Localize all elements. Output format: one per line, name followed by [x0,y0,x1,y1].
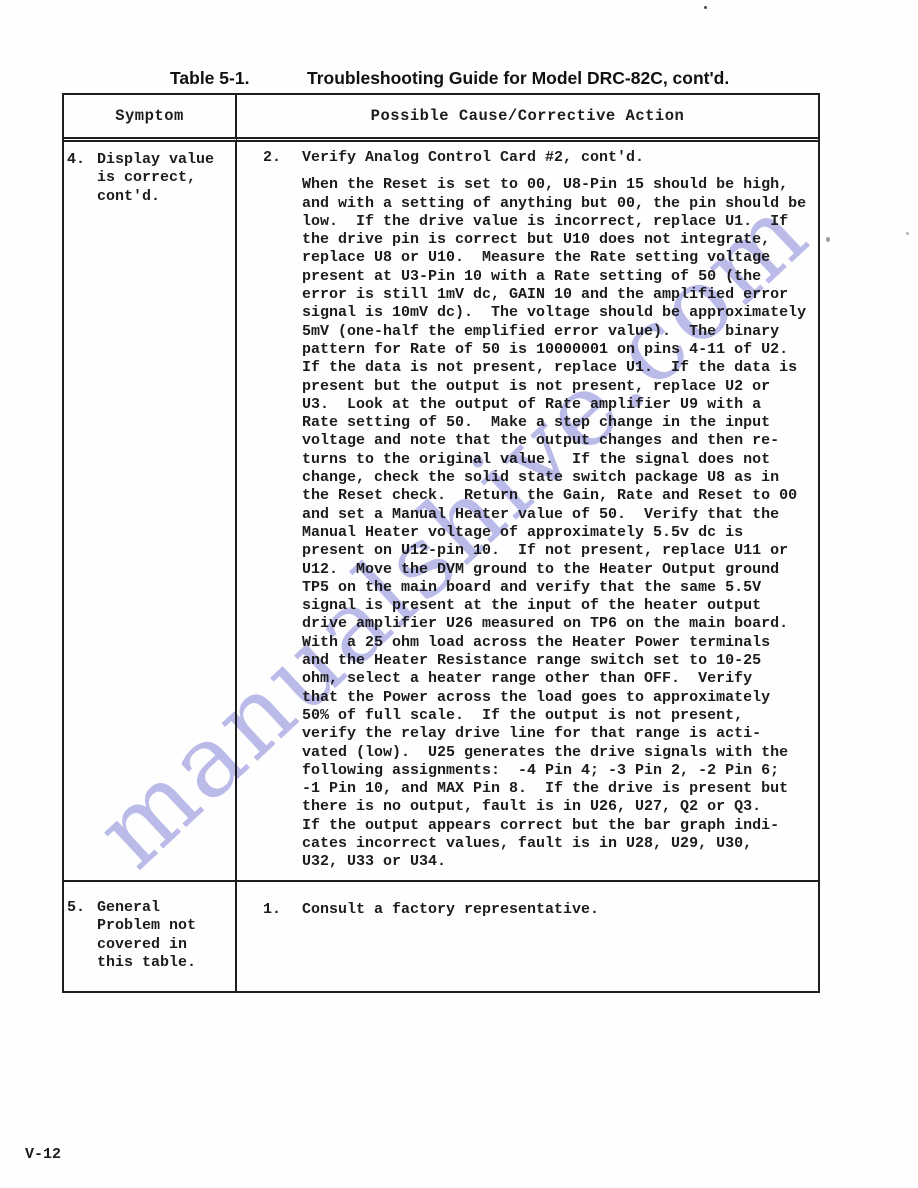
table-caption-label: Table 5-1. [170,68,249,89]
troubleshooting-table: Symptom Possible Cause/Corrective Action… [62,93,820,993]
symptom-text: Display value is correct, cont'd. [97,151,214,206]
action-entry: 2. Verify Analog Control Card #2, cont'd… [237,142,818,872]
action-body-text: When the Reset is set to 00, U8-Pin 15 s… [302,176,814,871]
action-title: Consult a factory representative. [302,901,814,919]
action-number: 2. [263,149,302,872]
action-number: 1. [263,901,302,919]
action-entry: 1. Consult a factory representative. [237,882,818,919]
header-action-label: Possible Cause/Corrective Action [371,107,685,125]
table-caption: Table 5-1. Troubleshooting Guide for Mod… [0,68,918,90]
symptom-entry: 5. General Problem not covered in this t… [64,882,235,972]
symptom-text: General Problem not covered in this tabl… [97,899,196,972]
table-row-4-action-cell: 2. Verify Analog Control Card #2, cont'd… [237,142,818,880]
table-row-5-action-cell: 1. Consult a factory representative. [237,880,818,991]
header-symptom-label: Symptom [115,107,184,125]
symptom-entry: 4. Display value is correct, cont'd. [64,142,235,206]
table-row-4-symptom-cell: 4. Display value is correct, cont'd. [64,142,237,880]
action-content: Consult a factory representative. [302,901,814,919]
header-action: Possible Cause/Corrective Action [237,95,818,142]
scanned-manual-page: manualshive.com Table 5-1. Troubleshooti… [0,0,918,1188]
page-number: V-12 [25,1146,61,1163]
symptom-number: 5. [67,899,97,972]
table-row-5-symptom-cell: 5. General Problem not covered in this t… [64,880,237,991]
scan-speck [906,232,909,235]
header-symptom: Symptom [64,95,237,142]
action-title: Verify Analog Control Card #2, cont'd. [302,149,814,167]
action-content: Verify Analog Control Card #2, cont'd. W… [302,149,814,872]
table-caption-title: Troubleshooting Guide for Model DRC-82C,… [307,68,729,89]
scan-speck [826,237,830,242]
symptom-number: 4. [67,151,97,206]
scan-speck [704,6,707,9]
